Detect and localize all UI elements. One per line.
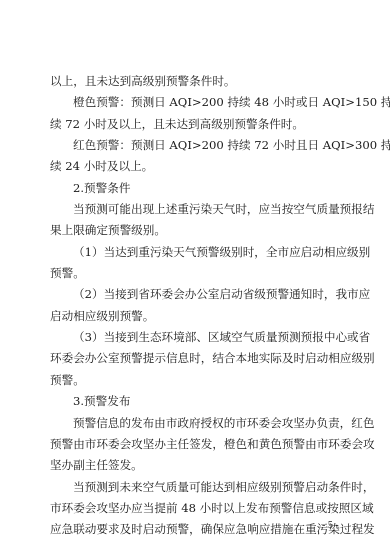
text-line: 当预测到未来空气质量可能达到相应级别预警启动条件时， — [50, 477, 340, 498]
text-line: 坚办副主任签发。 — [50, 455, 340, 476]
text-line: 果上限确定预警级别。 — [50, 220, 340, 241]
text-line: 当预测可能出现上述重污染天气时，应当按空气质量预报结 — [50, 199, 340, 220]
text-line: 续 24 小时及以上。 — [50, 156, 340, 177]
text-line: 以上，且未达到高级别预警条件时。 — [50, 71, 340, 92]
text-line: 红色预警：预测日 AQI>200 持续 72 小时且日 AQI>300 持 — [50, 135, 340, 156]
text-line: 3.预警发布 — [50, 391, 340, 412]
document-page: 以上，且未达到高级别预警条件时。橙色预警：预测日 AQI>200 持续 48 小… — [0, 0, 390, 551]
text-line: 环委会办公室预警提示信息时，结合本地实际及时启动相应级别 — [50, 348, 340, 369]
text-line: 2.预警条件 — [50, 178, 340, 199]
document-body: 以上，且未达到高级别预警条件时。橙色预警：预测日 AQI>200 持续 48 小… — [50, 71, 340, 541]
text-line: 预警。 — [50, 370, 340, 391]
page-number: - 5 - — [322, 520, 339, 531]
text-line: （3）当接到生态环境部、区域空气质量预测预报中心或省 — [50, 327, 340, 348]
text-line: 应急联动要求及时启动预警，确保应急响应措施在重污染过程发 — [50, 519, 340, 540]
text-line: 预警由市环委会攻坚办主任签发，橙色和黄色预警由市环委会攻 — [50, 434, 340, 455]
text-line: 预警信息的发布由市政府授权的市环委会攻坚办负责，红色 — [50, 413, 340, 434]
text-line: 橙色预警：预测日 AQI>200 持续 48 小时或日 AQI>150 持 — [50, 92, 340, 113]
text-line: 续 72 小时及以上，且未达到高级别预警条件时。 — [50, 114, 340, 135]
text-line: （1）当达到重污染天气预警级别时，全市应启动相应级别 — [50, 242, 340, 263]
text-line: 市环委会攻坚办应当提前 48 小时以上发布预警信息或按照区域 — [50, 498, 340, 519]
text-line: 预警。 — [50, 263, 340, 284]
text-line: （2）当接到省环委会办公室启动省级预警通知时，我市应 — [50, 284, 340, 305]
text-line: 启动相应级别预警。 — [50, 306, 340, 327]
